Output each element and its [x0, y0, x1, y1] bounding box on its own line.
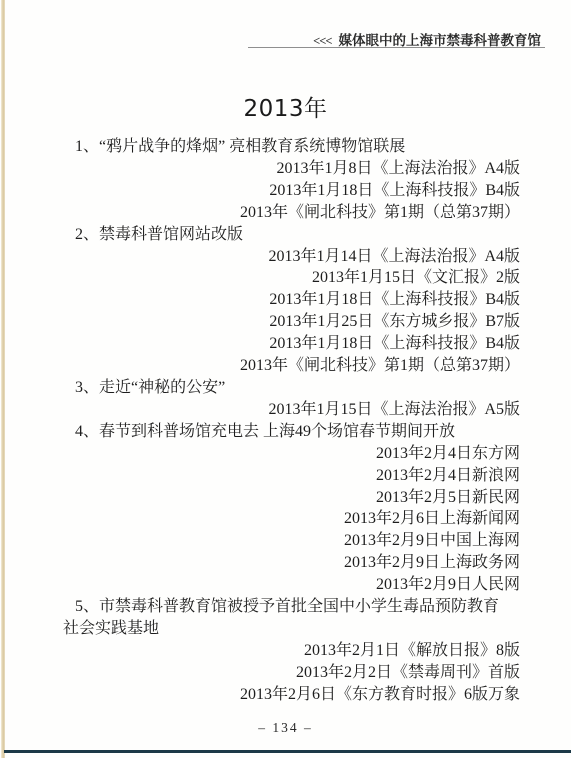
media-entry: 2013年1月8日《上海法治报》A4版: [63, 158, 520, 180]
media-entry: 2013年2月5日新民网: [63, 487, 520, 509]
item-title: 4、春节到科普场馆充电去 上海49个场馆春节期间开放: [63, 421, 520, 443]
year-title: 2013年: [0, 90, 571, 123]
item-title: 3、走近“神秘的公安”: [63, 377, 520, 399]
media-entry: 2013年1月15日《文汇报》2版: [63, 267, 520, 289]
media-entry: 2013年《闸北科技》第1期（总第37期）: [63, 202, 520, 224]
media-entry: 2013年1月18日《上海科技报》B4版: [63, 180, 520, 202]
media-entry: 2013年1月18日《上海科技报》B4版: [63, 333, 520, 355]
bottom-rule: [4, 750, 571, 753]
header-title: 媒体眼中的上海市禁毒科普教育馆: [339, 33, 542, 48]
media-entry: 2013年1月15日《上海法治报》A5版: [63, 399, 520, 421]
header-chevrons: <<<: [313, 34, 331, 48]
page-header: <<<媒体眼中的上海市禁毒科普教育馆: [313, 29, 541, 49]
item-title: 2、禁毒科普馆网站改版: [63, 224, 520, 246]
media-entry: 2013年2月9日人民网: [63, 574, 520, 596]
media-coverage-list: 1、“鸦片战争的烽烟” 亮相教育系统博物馆联展2013年1月8日《上海法治报》A…: [63, 136, 520, 706]
media-entry: 2013年2月6日《东方教育时报》6版万象: [63, 684, 520, 706]
media-entry: 2013年2月1日《解放日报》8版: [63, 640, 520, 662]
media-entry: 2013年2月6日上海新闻网: [63, 508, 520, 530]
media-entry: 2013年《闸北科技》第1期（总第37期）: [63, 355, 520, 377]
media-entry: 2013年2月2日《禁毒周刊》首版: [63, 662, 520, 684]
media-entry: 2013年1月14日《上海法治报》A4版: [63, 246, 520, 268]
media-entry: 2013年2月9日上海政务网: [63, 552, 520, 574]
item-title: 1、“鸦片战争的烽烟” 亮相教育系统博物馆联展: [63, 136, 520, 158]
item-title-continuation: 社会实践基地: [63, 618, 520, 640]
page-number: – 134 –: [0, 720, 571, 736]
media-entry: 2013年2月4日新浪网: [63, 465, 520, 487]
media-entry: 2013年2月4日东方网: [63, 443, 520, 465]
header-rule: [248, 47, 545, 48]
media-entry: 2013年2月9日中国上海网: [63, 530, 520, 552]
item-title: 5、市禁毒科普教育馆被授予首批全国中小学生毒品预防教育: [63, 596, 520, 618]
media-entry: 2013年1月25日《东方城乡报》B7版: [63, 311, 520, 333]
book-page: <<<媒体眼中的上海市禁毒科普教育馆 2013年 1、“鸦片战争的烽烟” 亮相教…: [0, 0, 571, 758]
media-entry: 2013年1月18日《上海科技报》B4版: [63, 289, 520, 311]
